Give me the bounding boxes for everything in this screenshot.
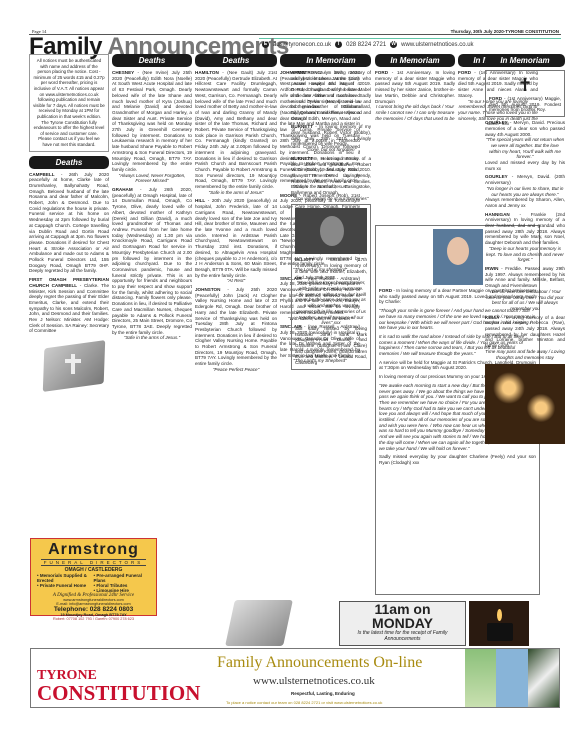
death-notice: FIRST OMAGH PRESBYTERIAN CHURCH CAMPBELL… [29,277,109,334]
section-header-in-memoriam: In Memoriam [485,54,565,67]
accent-rule [259,38,561,39]
email-icon: E [262,41,269,48]
ad-services: • Memorials Supplied & Erected• Pre-arra… [33,573,154,593]
notice-box: All notices must be authenticated with n… [29,54,109,152]
memoriam-notice: HANNIGAN - Frankie (2nd Anniversary) In … [485,212,565,263]
phone-number: 028 8224 2721 [346,42,386,48]
death-notice: CAMPBELL - 26th July 2020 peacefully at … [29,172,109,275]
banner-contact: To place a notice contact our team on 02… [226,700,382,705]
deadline-note: Is the latest time for the receipt of Fa… [340,630,465,642]
section-header-deaths: Deaths [195,54,277,67]
death-notice: JOHNSTON - July 25th 2020 (Peacefully) J… [195,287,277,373]
memoriam-column-4: In Memoriam ✝ FORD - (1st Anniversary) M… [485,54,565,664]
banner-title: Family Announcements On-line [217,654,422,672]
banner-tagline: Respectful, Lasting, Enduring [291,691,355,696]
portrait-photo [295,208,367,254]
newspaper-logo: TYRONECONSTITUTION [37,669,200,703]
death-notice: HAMILTON - (Nee Gault) July 21st 2020 (P… [195,70,277,195]
memoriam-notice: BURNETT - In loving memory of a dear fat… [291,156,371,202]
armstrong-funeral-ad[interactable]: Armstrong FUNERAL DIRECTORS OMAGH / CAST… [30,538,157,616]
column-2: Deaths CHESNEY - (Nee Irvine) July 25th … [112,54,192,344]
memoriam-column-1: In Memoriam ARMSTRONG - In loving memory… [291,54,371,599]
death-notice: GRAHAM - July 26th 2020, (peacefully) at… [112,187,192,341]
memoriam-notice: GOURLEY - Mervyn, David. Precious memori… [485,120,565,171]
memoriam-notice: KELLY - In loving memory of a dear mothe… [485,315,565,361]
ad-subtitle: FUNERAL DIRECTORS [41,559,146,566]
candle-photo [485,364,565,444]
section-header-in-memoriam: In Memoriam [375,54,455,67]
portrait-photo [433,229,483,285]
email-link[interactable]: ads@tyronecon.co.uk [273,42,331,48]
memoriam-notice: IRWIN - Freddie. Passed away 29th July 1… [485,266,565,312]
memoriam-notice: FORD - 1st Anniversary. In loving memory… [375,70,455,121]
ad-telephone: Telephone: 028 8224 0803 [33,606,154,613]
deadline-time: 11am on [340,602,465,616]
deadline-box: 11am on MONDAY Is the latest time for th… [339,601,466,646]
memoriam-notice: BURNETT - In loving memory of my dear hu… [291,124,371,153]
memoriam-notice: GOURLEY - Mervyn, David. (20th Anniversa… [485,174,565,208]
ad-mobile: Robert: 07708 102 793 / Gareth: 07900 27… [33,617,154,621]
ad-brand: Armstrong [33,541,154,558]
column-3: Deaths HAMILTON - (Nee Gault) July 21st … [195,54,277,534]
web-link[interactable]: www.ulsternetnotices.co.uk [401,42,473,48]
banner-url[interactable]: www.ulsternetnotices.co.uk [253,675,375,687]
section-header-deaths: Deaths [29,156,109,169]
online-banner[interactable]: TYRONECONSTITUTION Family Announcements … [30,648,560,708]
phone-icon: T [335,41,342,48]
bible-icon [29,338,109,398]
web-icon: W [390,41,397,48]
candle-photo [469,601,529,646]
memoriam-column-2: In Memoriam FORD - 1st Anniversary. In l… [375,54,455,224]
column-1: All notices must be authenticated with n… [29,54,109,402]
memoriam-photo-notice: ELLIOTT - Elizabeth (17th Anniversary). … [291,204,371,369]
section-header-deaths: Deaths [112,54,192,67]
deadline-day: MONDAY [340,616,465,630]
death-notice: HILL - 20th July 2020 (peacefully) at ho… [195,198,277,284]
banner-photos [465,649,559,707]
section-header-in-memoriam: In Memoriam [291,54,371,67]
death-notice: CHESNEY - (Nee Irvine) July 25th 2020 (P… [112,70,192,184]
contact-bar: Eads@tyronecon.co.uk T028 8224 2721 Wwww… [262,41,474,48]
cross-icon: ✝ [489,74,561,96]
memoriam-cross-notice: ✝ FORD - (1st Anniversary) Maggie, died … [485,70,565,117]
memoriam-notice: ARMSTRONG - In loving memory of our dear… [291,70,371,121]
bible-icon [225,600,293,646]
